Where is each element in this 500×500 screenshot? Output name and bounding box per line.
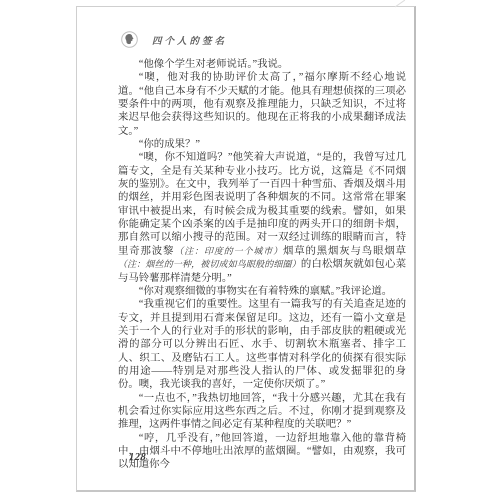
inline-annotation: （注：烟丝的一种，被切成如鸟眼般的细圈） [118, 259, 301, 269]
paragraph: “一点也不，”我热切地回答，“我十分感兴趣，尤其在我有机会看过你实际应用这些东西… [118, 392, 406, 432]
paragraph: “我重视它们的重要性。这里有一篇我写的有关追查足迹的专文，并且提到用石膏来保留足… [118, 298, 406, 391]
paragraph: “他像个学生对老师说话。”我说。 [118, 58, 406, 71]
paragraph-text: 烟草的黑烟灰与鸟眼烟草 [283, 246, 406, 257]
paragraph-text: “你对观察细微的事物实在有着特殊的禀赋。”我评论道。 [139, 286, 392, 297]
paragraph-text: “你的成果？” [139, 139, 200, 150]
paragraph: “你的成果？” [118, 138, 406, 151]
paragraph-text: “他像个学生对老师说话。”我说。 [139, 59, 289, 70]
page: 四个人的签名 “他像个学生对老师说话。”我说。“噢，他对我的协助评价太高了，”福… [76, 6, 416, 492]
paragraph-text: “噢，他对我的协助评价太高了，”福尔摩斯不经心地说道。“他自己本身有不少天赋的才… [118, 72, 406, 136]
book-page-scan: 四个人的签名 “他像个学生对老师说话。”我说。“噢，他对我的协助评价太高了，”福… [0, 0, 500, 500]
paragraph: “哼，几乎没有，”他回答道，一边舒坦地靠入他的靠背椅中，由烟斗中不停地吐出浓厚的… [118, 432, 406, 472]
paragraph-text: “噢，你不知道吗？”他笑着大声说道，“是的，我曾写过几篇专文，全是有关某种专业小… [118, 152, 406, 256]
running-header: 四个人的签名 [121, 31, 227, 48]
paragraph: “噢，你不知道吗？”他笑着大声说道，“是的，我曾写过几篇专文，全是有关某种专业小… [118, 151, 406, 284]
book-title: 四个人的签名 [152, 33, 227, 47]
paragraph-text: “哼，几乎没有，”他回答道，一边舒坦地靠入他的靠背椅中，由烟斗中不停地吐出浓厚的… [118, 433, 406, 471]
holmes-silhouette-icon [121, 31, 138, 48]
inline-annotation: （注：印度的一个城市） [174, 246, 283, 256]
paragraph-text: “一点也不，”我热切地回答，“我十分感兴趣，尤其在我有机会看过你实际应用这些东西… [118, 393, 406, 431]
page-corner-fold [395, 0, 405, 7]
body-text: “他像个学生对老师说话。”我说。“噢，他对我的协助评价太高了，”福尔摩斯不经心地… [118, 58, 406, 472]
paragraph-text: “我重视它们的重要性。这里有一篇我写的有关追查足迹的专文，并且提到用石膏来保留足… [118, 299, 406, 390]
paragraph: “噢，他对我的协助评价太高了，”福尔摩斯不经心地说道。“他自己本身有不少天赋的才… [118, 71, 406, 138]
page-number: 128 [129, 452, 146, 463]
paragraph: “你对观察细微的事物实在有着特殊的禀赋。”我评论道。 [118, 285, 406, 298]
